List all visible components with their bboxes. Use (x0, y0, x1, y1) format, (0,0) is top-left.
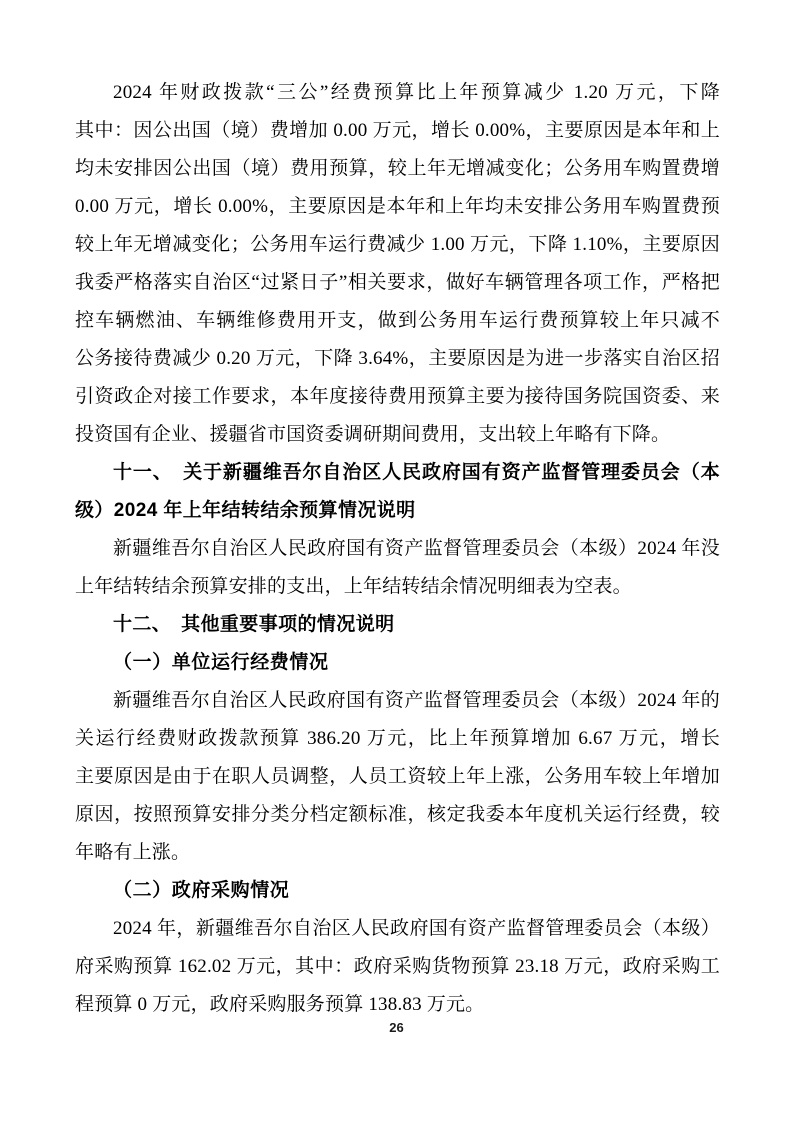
text-line: 引资政企对接工作要求，本年度接待费用预算主要为接待国务院国资委、来疆 (75, 378, 720, 416)
text-line: 其中：因公出国（境）费增加 0.00 万元，增长 0.00%，主要原因是本年和上… (75, 112, 720, 150)
text-line: 年略有上涨。 (75, 834, 720, 872)
text-line: 较上年无增减变化；公务用车运行费减少 1.00 万元，下降 1.10%，主要原因… (75, 226, 720, 264)
text-line: 均未安排因公出国（境）费用预算，较上年无增减变化；公务用车购置费增加 (75, 150, 720, 188)
para-carryover-balance: 新疆维吾尔自治区人民政府国有资产监督管理委员会（本级）2024 年没有上年结转结… (75, 530, 720, 606)
text-line: 控车辆燃油、车辆维修费用开支，做到公务用车运行费预算较上年只减不增； (75, 302, 720, 340)
text-line: 程预算 0 万元，政府采购服务预算 138.83 万元。 (75, 986, 720, 1024)
heading-section-11: 十一、 关于新疆维吾尔自治区人民政府国有资产监督管理委员会（本级）2024 年上… (75, 454, 720, 530)
text-line: 府采购预算 162.02 万元，其中：政府采购货物预算 23.18 万元，政府采… (75, 948, 720, 986)
text-line: （一）单位运行经费情况 (75, 644, 720, 682)
text-line: 公务接待费减少 0.20 万元，下降 3.64%，主要原因是为进一步落实自治区招… (75, 340, 720, 378)
text-line: （二）政府采购情况 (75, 872, 720, 910)
page-number: 26 (0, 1020, 793, 1035)
text-line: 0.00 万元，增长 0.00%，主要原因是本年和上年均未安排公务用车购置费预算… (75, 188, 720, 226)
para-operating-expense: 新疆维吾尔自治区人民政府国有资产监督管理委员会（本级）2024 年的机关运行经费… (75, 682, 720, 872)
document-body: 2024 年财政拨款“三公”经费预算比上年预算减少 1.20 万元，下降 1.2… (75, 74, 720, 1024)
para-sangong-expense: 2024 年财政拨款“三公”经费预算比上年预算减少 1.20 万元，下降 1.2… (75, 74, 720, 454)
text-line: 十一、 关于新疆维吾尔自治区人民政府国有资产监督管理委员会（本 (75, 454, 720, 492)
text-line: 2024 年财政拨款“三公”经费预算比上年预算减少 1.20 万元，下降 1.2… (75, 74, 720, 112)
text-line: 主要原因是由于在职人员调整，人员工资较上年上涨，公务用车较上年增加等 (75, 758, 720, 796)
para-government-procurement: 2024 年，新疆维吾尔自治区人民政府国有资产监督管理委员会（本级）政府采购预算… (75, 910, 720, 1024)
text-line: 关运行经费财政拨款预算 386.20 万元，比上年预算增加 6.67 万元，增长… (75, 720, 720, 758)
text-line: 2024 年，新疆维吾尔自治区人民政府国有资产监督管理委员会（本级）政 (75, 910, 720, 948)
text-line: 上年结转结余预算安排的支出，上年结转结余情况明细表为空表。 (75, 568, 720, 606)
text-line: 十二、 其他重要事项的情况说明 (75, 606, 720, 644)
text-line: 新疆维吾尔自治区人民政府国有资产监督管理委员会（本级）2024 年的机 (75, 682, 720, 720)
subheading-government-procurement: （二）政府采购情况 (75, 872, 720, 910)
text-line: 我委严格落实自治区“过紧日子”相关要求，做好车辆管理各项工作，严格把 (75, 264, 720, 302)
text-line: 新疆维吾尔自治区人民政府国有资产监督管理委员会（本级）2024 年没有 (75, 530, 720, 568)
text-line: 级）2024 年上年结转结余预算情况说明 (75, 492, 720, 530)
text-line: 原因，按照预算安排分类分档定额标准，核定我委本年度机关运行经费，较上 (75, 796, 720, 834)
heading-section-12: 十二、 其他重要事项的情况说明 (75, 606, 720, 644)
document-page: 2024 年财政拨款“三公”经费预算比上年预算减少 1.20 万元，下降 1.2… (0, 0, 793, 1122)
subheading-operating-expense: （一）单位运行经费情况 (75, 644, 720, 682)
text-line: 投资国有企业、援疆省市国资委调研期间费用，支出较上年略有下降。 (75, 416, 720, 454)
